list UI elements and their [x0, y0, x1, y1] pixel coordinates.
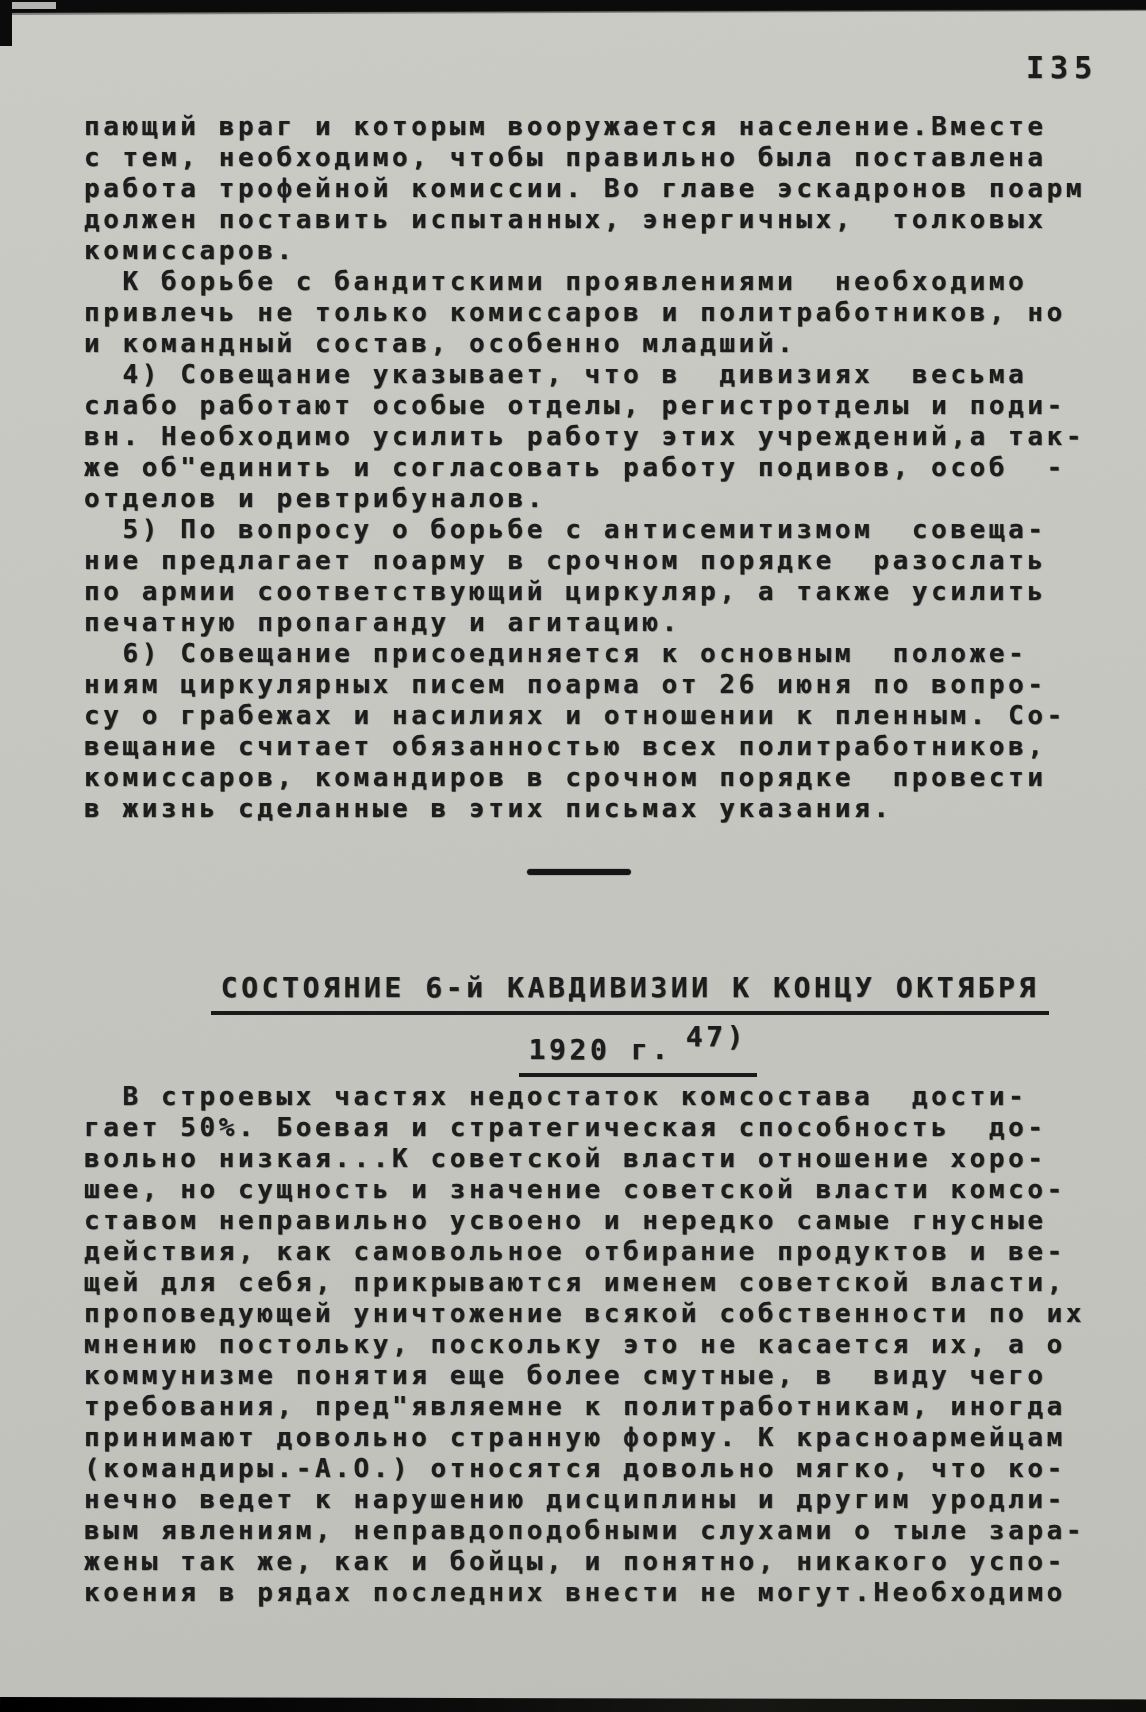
- text-line: мнению постольку, поскольку это не касае…: [84, 1330, 1110, 1361]
- heading-year: 1920 г.: [529, 1033, 672, 1066]
- text-line: шее, но сущность и значение советской вл…: [84, 1175, 1110, 1206]
- text-line: су о грабежах и насилиях и отношении к п…: [84, 701, 1110, 732]
- text-line: пающий враг и которым вооружается населе…: [84, 112, 1110, 143]
- text-line: ставом неправильно усвоено и нередко сам…: [84, 1206, 1110, 1237]
- paragraph: 4) Совещание указывает, что в дивизиях в…: [84, 360, 1110, 515]
- text-line: ниям циркулярных писем поарма от 26 июня…: [84, 670, 1110, 701]
- text-line: работа трофейной комиссии. Во главе эска…: [84, 174, 1110, 205]
- scanned-document-page: I35 пающий враг и которым вооружается на…: [0, 0, 1146, 1712]
- text-line: нечно ведет к нарушению дисциплины и дру…: [84, 1485, 1110, 1516]
- scan-edge-left-corner: [0, 0, 12, 46]
- text-line: принимают довольно странную форму. К кра…: [84, 1423, 1110, 1454]
- text-line: К борьбе с бандитскими проявлениями необ…: [84, 267, 1110, 298]
- lower-text-block: В строевых частях недостаток комсостава …: [84, 1082, 1110, 1609]
- text-line: коммунизме понятия еще более смутные, в …: [84, 1361, 1110, 1392]
- footnote-reference: 47): [672, 1020, 747, 1053]
- text-line: 5) По вопросу о борьбе с антисемитизмом …: [84, 515, 1110, 546]
- scan-edge-bottom: [0, 1697, 1146, 1712]
- text-line: вещание считает обязанностью всех политр…: [84, 732, 1110, 763]
- text-line: привлечь не только комиссаров и политраб…: [84, 298, 1110, 329]
- scan-edge-notch: [9, 2, 56, 9]
- text-line: жены так же, как и бойцы, и понятно, ник…: [84, 1547, 1110, 1578]
- text-line: вольно низкая...К советской власти отнош…: [84, 1144, 1110, 1175]
- text-line: комиссаров.: [84, 236, 1110, 267]
- text-line: 6) Совещание присоединяется к основным п…: [84, 639, 1110, 670]
- text-line: комиссаров, командиров в срочном порядке…: [84, 763, 1110, 794]
- paragraph: К борьбе с бандитскими проявлениями необ…: [84, 267, 1110, 360]
- text-line: по армии соответствующий циркуляр, а так…: [84, 577, 1110, 608]
- text-line: проповедующей уничтожение всякой собстве…: [84, 1299, 1110, 1330]
- text-line: же об"единить и согласовать работу подив…: [84, 453, 1110, 484]
- text-line: коения в рядах последних внести не могут…: [84, 1578, 1110, 1609]
- text-line: 4) Совещание указывает, что в дивизиях в…: [84, 360, 1110, 391]
- text-line: отделов и ревтрибуналов.: [84, 484, 1110, 515]
- text-line: слабо работают особые отделы, регистротд…: [84, 391, 1110, 422]
- page-number: I35: [1026, 52, 1098, 86]
- heading-year-underlined: 1920 г.47): [519, 1033, 758, 1077]
- text-line: действия, как самовольное отбирание прод…: [84, 1237, 1110, 1268]
- text-line: ние предлагает поарму в срочном порядке …: [84, 546, 1110, 577]
- text-line: (командиры.-А.О.) относятся довольно мяг…: [84, 1454, 1110, 1485]
- paragraph: 5) По вопросу о борьбе с антисемитизмом …: [84, 515, 1110, 639]
- text-line: и командный состав, особенно младший.: [84, 329, 1110, 360]
- text-line: вн. Необходимо усилить работу этих учреж…: [84, 422, 1110, 453]
- paragraph: 6) Совещание присоединяется к основным п…: [84, 639, 1110, 825]
- upper-text-block: пающий враг и которым вооружается населе…: [84, 112, 1110, 825]
- text-line: в жизнь сделанные в этих письмах указани…: [84, 794, 1110, 825]
- text-line: печатную пропаганду и агитацию.: [84, 608, 1110, 639]
- text-line: вым явлениям, неправдоподобными слухами …: [84, 1516, 1110, 1547]
- section-divider: [527, 869, 631, 875]
- text-line: гает 50%. Боевая и стратегическая способ…: [84, 1113, 1110, 1144]
- paragraph: пающий враг и которым вооружается населе…: [84, 112, 1110, 267]
- text-line: требования, пред"являемне к политработни…: [84, 1392, 1110, 1423]
- text-line: с тем, необходимо, чтобы правильно была …: [84, 143, 1110, 174]
- text-line: должен поставить испытанных, энергичных,…: [84, 205, 1110, 236]
- text-line: В строевых частях недостаток комсостава …: [84, 1082, 1110, 1113]
- text-line: щей для себя, прикрываются именем советс…: [84, 1268, 1110, 1299]
- paragraph: В строевых частях недостаток комсостава …: [84, 1082, 1110, 1609]
